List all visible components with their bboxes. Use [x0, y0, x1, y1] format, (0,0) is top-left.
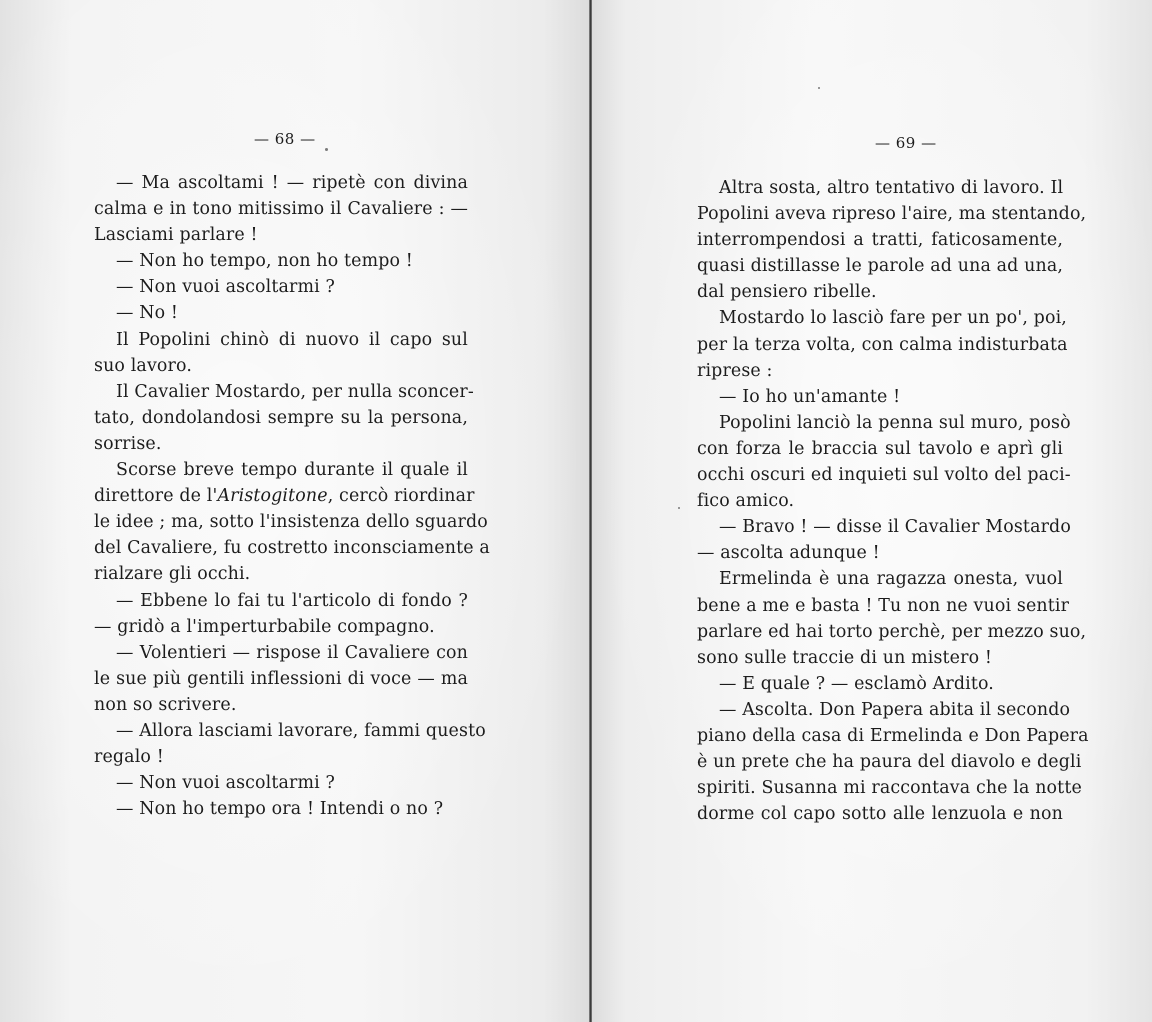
text-line: Altra sosta, altro tentativo di lavoro. …	[697, 175, 1063, 201]
text-line: le sue più gentili inflessioni di voce —…	[94, 666, 468, 692]
text-line: Popolini lanciò la penna sul muro, posò	[697, 410, 1063, 436]
text-line: per la terza volta, con calma indisturba…	[697, 332, 1063, 358]
text-line: è un prete che ha paura del diavolo e de…	[697, 749, 1063, 775]
text-line: con forza le braccia sul tavolo e aprì g…	[697, 436, 1063, 462]
text-line: del Cavaliere, fu costretto inconsciamen…	[94, 535, 468, 561]
text-line: — Bravo ! — disse il Cavalier Mostardo	[697, 514, 1063, 540]
text-line: Mostardo lo lasciò fare per un po', poi,	[697, 305, 1063, 331]
text-line: non so scrivere.	[94, 692, 468, 718]
text-line: piano della casa di Ermelinda e Don Pape…	[697, 723, 1063, 749]
text-line: — Volentieri — rispose il Cavaliere con	[94, 640, 468, 666]
text-line: bene a me e basta ! Tu non ne vuoi senti…	[697, 593, 1063, 619]
text-line: interrompendosi a tratti, faticosamente,	[697, 227, 1063, 253]
text-line: le idee ; ma, sotto l'insistenza dello s…	[94, 509, 468, 535]
page-body-text: — Ma ascoltami ! — ripetè con divinacalm…	[94, 170, 468, 822]
text-line: — Non vuoi ascoltarmi ?	[94, 274, 468, 300]
page-number: — 69 —	[875, 134, 937, 152]
text-line: tato, dondolandosi sempre su la persona,	[94, 405, 468, 431]
ink-speck	[818, 87, 820, 89]
page-body-text: Altra sosta, altro tentativo di lavoro. …	[697, 175, 1063, 827]
text-line: — Non ho tempo, non ho tempo !	[94, 248, 468, 274]
text-line: — Allora lasciami lavorare, fammi questo	[94, 718, 468, 744]
text-line: — Ebbene lo fai tu l'articolo di fondo ?	[94, 588, 468, 614]
text-line: quasi distillasse le parole ad una ad un…	[697, 253, 1063, 279]
text-line: sono sulle traccie di un mistero !	[697, 645, 1063, 671]
text-line: — gridò a l'imperturbabile compagno.	[94, 614, 468, 640]
text-line: — E quale ? — esclamò Ardito.	[697, 671, 1063, 697]
text-line: suo lavoro.	[94, 353, 468, 379]
text-line: Lasciami parlare !	[94, 222, 468, 248]
text-line: — Ascolta. Don Papera abita il secondo	[697, 697, 1063, 723]
text-line: rialzare gli occhi.	[94, 561, 468, 587]
ink-speck	[678, 507, 680, 509]
left-page: — 68 — — Ma ascoltami ! — ripetè con div…	[0, 0, 590, 1022]
text-line: fico amico.	[697, 488, 1063, 514]
text-line: sorrise.	[94, 431, 468, 457]
text-line: — Ma ascoltami ! — ripetè con divina	[94, 170, 468, 196]
text-line: Ermelinda è una ragazza onesta, vuol	[697, 566, 1063, 592]
text-line: Il Popolini chinò di nuovo il capo sul	[94, 327, 468, 353]
text-line: riprese :	[697, 358, 1063, 384]
page-number: — 68 —	[254, 130, 316, 148]
text-line: — No !	[94, 300, 468, 326]
right-page: — 69 — Altra sosta, altro tentativo di l…	[592, 0, 1152, 1022]
text-line: regalo !	[94, 744, 468, 770]
text-line: dorme col capo sotto alle lenzuola e non	[697, 801, 1063, 827]
text-line: Popolini aveva ripreso l'aire, ma stenta…	[697, 201, 1063, 227]
text-line: calma e in tono mitissimo il Cavaliere :…	[94, 196, 468, 222]
text-line: dal pensiero ribelle.	[697, 279, 1063, 305]
italic-title: Aristogitone	[217, 486, 327, 506]
book-spread: — 68 — — Ma ascoltami ! — ripetè con div…	[0, 0, 1152, 1022]
text-line: spiriti. Susanna mi raccontava che la no…	[697, 775, 1063, 801]
text-line: direttore de l'Aristogitone, cercò riord…	[94, 483, 468, 509]
text-line: — ascolta adunque !	[697, 540, 1063, 566]
text-line: occhi oscuri ed inquieti sul volto del p…	[697, 462, 1063, 488]
text-line: parlare ed hai torto perchè, per mezzo s…	[697, 619, 1063, 645]
text-line: Scorse breve tempo durante il quale il	[94, 457, 468, 483]
text-line: — Non vuoi ascoltarmi ?	[94, 770, 468, 796]
text-line: Il Cavalier Mostardo, per nulla sconcer-	[94, 379, 468, 405]
text-line: — Io ho un'amante !	[697, 384, 1063, 410]
text-line: — Non ho tempo ora ! Intendi o no ?	[94, 796, 468, 822]
ink-speck	[325, 148, 328, 151]
